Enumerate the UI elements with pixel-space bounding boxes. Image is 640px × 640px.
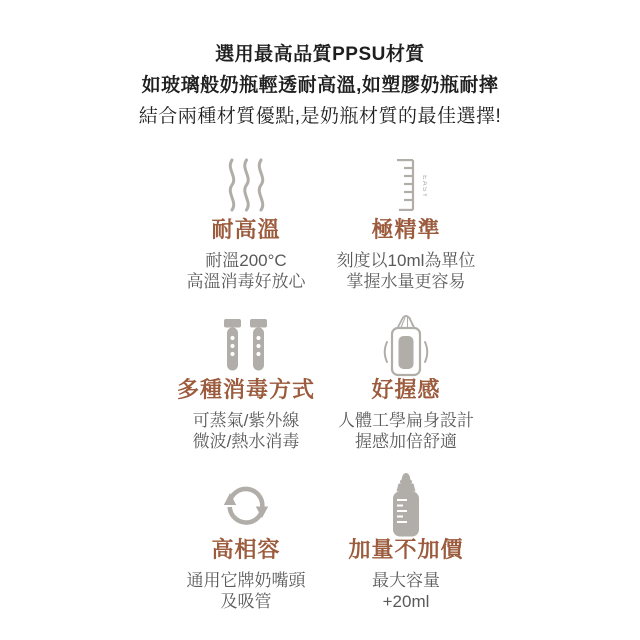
feature-card-grip: 好握感 人體工學扁身設計 握感加倍舒適: [326, 314, 486, 474]
feature-desc-line-1: 通用它牌奶嘴頭: [187, 571, 306, 592]
feature-card-heat-resistant: 耐高溫 耐溫200°C 高溫消毒好放心: [166, 154, 326, 314]
feature-card-compatibility: 高相容 通用它牌奶嘴頭 及吸管: [166, 474, 326, 634]
feature-desc-line-2: +20ml: [372, 592, 440, 613]
scale-easy-label: EASY: [421, 175, 427, 198]
feature-description: 可蒸氣/紫外線 微波/熱水消毒: [193, 411, 300, 452]
sterilize-tubes-icon: [224, 319, 268, 371]
feature-card-precise-scale: EASY 極精準 刻度以10ml為單位 掌握水量更容易: [326, 154, 486, 314]
feature-card-extra-volume: 加量不加價 最大容量 +20ml: [326, 474, 486, 634]
feature-desc-line-1: 耐溫200°C: [187, 251, 306, 272]
refresh-arrows-icon: [221, 480, 271, 530]
product-feature-page: 選用最高品質PPSU材質 如玻璃般奶瓶輕透耐高溫,如塑膠奶瓶耐摔 結合兩種材質優…: [0, 0, 640, 640]
feature-title: 好握感: [371, 377, 440, 403]
feature-title: 極精準: [371, 217, 440, 243]
feature-desc-line-2: 高溫消毒好放心: [187, 272, 306, 293]
grip-bottle-icon: [379, 313, 433, 377]
header: 選用最高品質PPSU材質 如玻璃般奶瓶輕透耐高溫,如塑膠奶瓶耐摔 結合兩種材質優…: [0, 0, 640, 132]
feature-desc-line-1: 人體工學扁身設計: [338, 411, 474, 432]
header-line-1: 選用最高品質PPSU材質: [0, 39, 640, 70]
feature-description: 通用它牌奶嘴頭 及吸管: [187, 571, 306, 612]
feature-desc-line-2: 掌握水量更容易: [337, 272, 476, 293]
feature-description: 人體工學扁身設計 握感加倍舒適: [338, 411, 474, 452]
feature-title: 耐高溫: [211, 217, 280, 243]
feature-title: 多種消毒方式: [177, 377, 315, 403]
header-line-2: 如玻璃般奶瓶輕透耐高溫,如塑膠奶瓶耐摔: [0, 70, 640, 101]
feature-description: 耐溫200°C 高溫消毒好放心: [187, 251, 306, 292]
feature-description: 最大容量 +20ml: [372, 571, 440, 612]
feature-card-sterilization: 多種消毒方式 可蒸氣/紫外線 微波/熱水消毒: [166, 314, 326, 474]
feature-desc-line-1: 可蒸氣/紫外線: [193, 411, 300, 432]
baby-bottle-icon: [386, 472, 426, 538]
feature-desc-line-1: 最大容量: [372, 571, 440, 592]
feature-desc-line-1: 刻度以10ml為單位: [337, 251, 476, 272]
measuring-scale-icon: EASY: [385, 159, 427, 211]
feature-title: 加量不加價: [348, 537, 463, 563]
feature-title: 高相容: [211, 537, 280, 563]
steam-icon: [223, 158, 269, 212]
feature-desc-line-2: 及吸管: [187, 592, 306, 613]
feature-description: 刻度以10ml為單位 掌握水量更容易: [337, 251, 476, 292]
feature-desc-line-2: 握感加倍舒適: [338, 432, 474, 453]
feature-desc-line-2: 微波/熱水消毒: [193, 432, 300, 453]
header-line-3: 結合兩種材質優點,是奶瓶材質的最佳選擇!: [0, 101, 640, 132]
features-grid: 耐高溫 耐溫200°C 高溫消毒好放心: [166, 154, 486, 634]
